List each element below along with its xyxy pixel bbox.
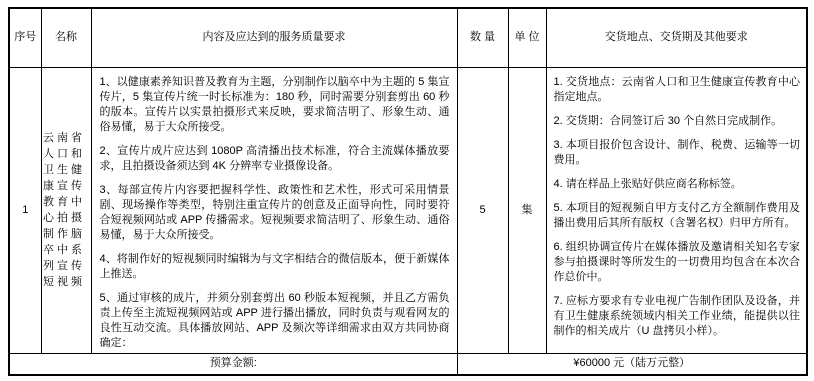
item-name-cell: 云南省人口和卫生健康宣传教育中心拍摄制作脑卒中系列宣传短视频	[41, 67, 91, 353]
delivery-item-3: 3. 本项目报价包含设计、制作、税费、运输等一切费用。	[554, 138, 801, 168]
col-header-content: 内容及应达到的服务质量要求	[91, 8, 457, 67]
budget-row: 预算金额: ¥60000 元（陆万元整）	[9, 353, 807, 375]
requirement-paragraph-4: 4、将制作好的短视频同时编辑为与文字相结合的微信版本，便于新媒体上推送。	[100, 252, 450, 282]
requirement-paragraph-2: 2、宣传片成片应达到 1080P 高清播出技术标准，符合主流媒体播放要求，且拍摄…	[100, 144, 450, 174]
procurement-table: 序号 名称 内容及应达到的服务质量要求 数 量 单 位 交货地点、交货期及其他要…	[8, 7, 808, 376]
delivery-item-7: 7. 应标方要求有专业电视广告制作团队及设备，并有卫生健康系统领域内相关工作业绩…	[554, 294, 801, 339]
requirement-paragraph-1: 1、以健康素养知识普及教育为主题，分别制作以脑卒中为主题的 5 集宣传片，5 集…	[100, 75, 450, 135]
table-header-row: 序号 名称 内容及应达到的服务质量要求 数 量 单 位 交货地点、交货期及其他要…	[9, 8, 807, 67]
delivery-item-4: 4. 请在样品上张贴好供应商名称标签。	[554, 177, 801, 192]
delivery-item-1: 1. 交货地点：云南省人口和卫生健康宣传教育中心指定地点。	[554, 75, 801, 105]
delivery-item-6: 6. 组织协调宣传片在媒体播放及邀请相关知名专家参与拍摄课时等所发生的一切费用均…	[554, 240, 801, 285]
requirement-paragraph-5: 5、通过审核的成片，并须分别套剪出 60 秒版本短视频，并且乙方需负责上传至主流…	[100, 291, 450, 351]
quantity-cell: 5	[457, 67, 508, 353]
delivery-item-5: 5. 本项目的短视频自甲方支付乙方全额制作费用及播出费用后其所有版权（含署名权）…	[554, 201, 801, 231]
document-page: 序号 名称 内容及应达到的服务质量要求 数 量 单 位 交货地点、交货期及其他要…	[0, 0, 814, 381]
col-header-name: 名称	[41, 8, 91, 67]
col-header-delivery: 交货地点、交货期及其他要求	[546, 8, 807, 67]
budget-value-cell: ¥60000 元（陆万元整）	[457, 353, 807, 375]
item-name-text: 云南省人口和卫生健康宣传教育中心拍摄制作脑卒中系列宣传短视频	[43, 130, 89, 290]
unit-cell: 集	[508, 67, 546, 353]
budget-label-cell: 预算金额:	[9, 353, 457, 375]
col-header-qty: 数 量	[457, 8, 508, 67]
row-number-cell: 1	[9, 67, 41, 353]
service-requirements-cell: 1、以健康素养知识普及教育为主题，分别制作以脑卒中为主题的 5 集宣传片，5 集…	[91, 67, 457, 353]
delivery-item-2: 2. 交货期：合同签订后 30 个自然日完成制作。	[554, 114, 801, 129]
delivery-terms-cell: 1. 交货地点：云南省人口和卫生健康宣传教育中心指定地点。 2. 交货期：合同签…	[546, 67, 807, 353]
table-row: 1 云南省人口和卫生健康宣传教育中心拍摄制作脑卒中系列宣传短视频 1、以健康素养…	[9, 67, 807, 353]
requirement-paragraph-3: 3、每部宣传片内容要把握科学性、政策性和艺术性，形式可采用情景剧、现场操作等类型…	[100, 183, 450, 243]
col-header-unit: 单 位	[508, 8, 546, 67]
col-header-no: 序号	[9, 8, 41, 67]
